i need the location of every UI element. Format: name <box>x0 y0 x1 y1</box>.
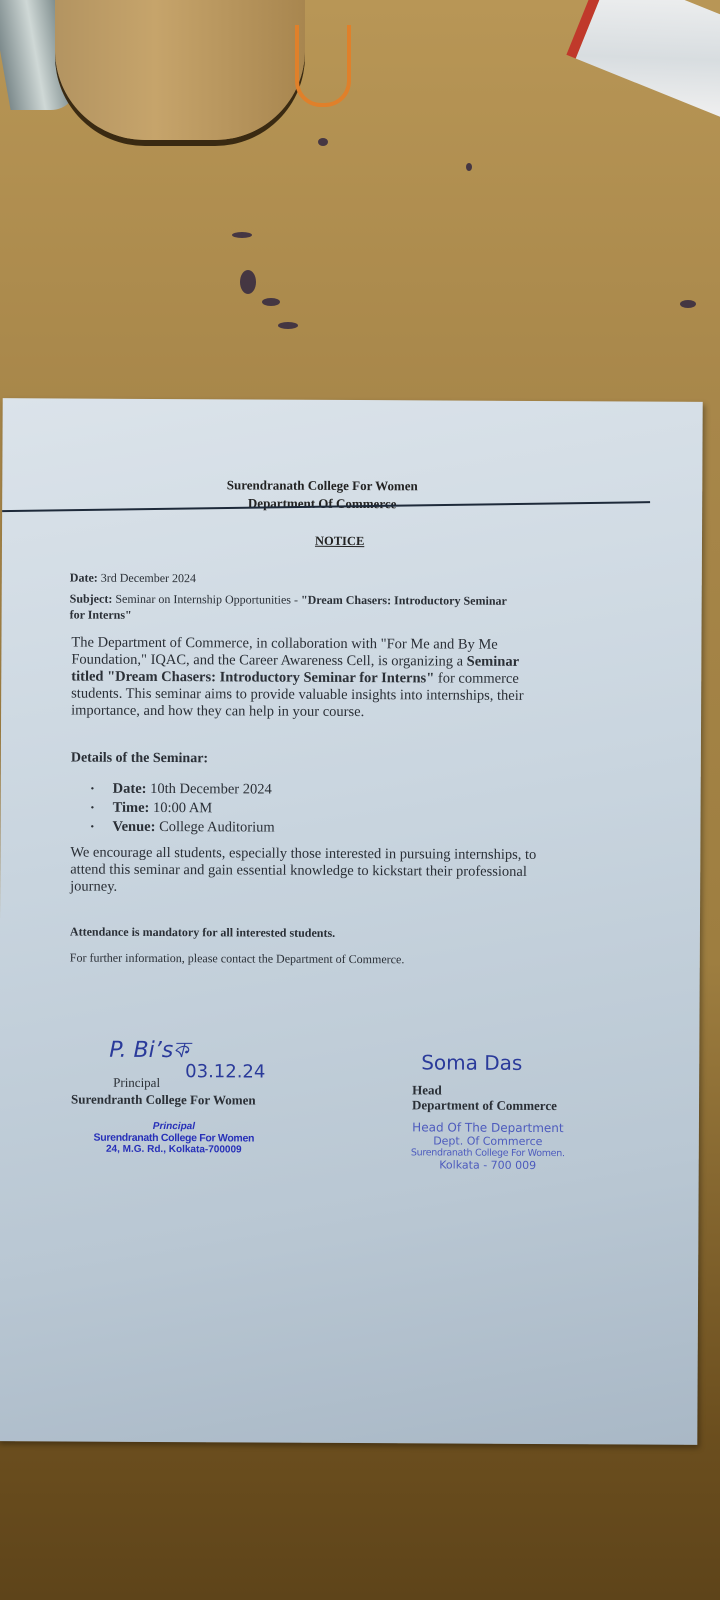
ink-stain <box>278 322 298 329</box>
body-paragraph: The Department of Commerce, in collabora… <box>71 635 581 723</box>
detail-venue: Venue: College Auditorium <box>112 819 274 837</box>
detail-date: Date: 10th December 2024 <box>113 781 272 799</box>
wrapper-packet <box>566 0 720 118</box>
notice-title: NOTICE <box>315 534 364 549</box>
principal-org: Surendranth College For Women <box>71 1092 256 1109</box>
ink-stain <box>318 138 328 146</box>
ink-stain <box>466 163 472 171</box>
ink-stain <box>240 270 256 294</box>
college-name: Surendranath College For Women <box>2 476 642 495</box>
hod-title: Head <box>412 1082 442 1098</box>
ink-stain <box>232 232 252 238</box>
mug <box>55 0 305 140</box>
attendance-note: Attendance is mandatory for all interest… <box>70 925 335 941</box>
principal-signature: P. Bi’sক <box>109 1033 188 1070</box>
hod-signature: Soma Das <box>421 1050 522 1075</box>
ink-stain <box>680 300 696 308</box>
details-heading: Details of the Seminar: <box>71 751 208 768</box>
hod-stamp: Head Of The Department Dept. Of Commerce… <box>403 1120 573 1172</box>
principal-title: Principal <box>113 1075 160 1091</box>
signature-date: 03.12.24 <box>185 1061 265 1082</box>
encourage-paragraph: We encourage all students, especially th… <box>70 845 580 899</box>
rubber-band <box>295 25 351 107</box>
contact-note: For further information, please contact … <box>70 951 405 968</box>
notice-paper: Surendranath College For Women Departmen… <box>0 398 703 1445</box>
hod-org: Department of Commerce <box>412 1097 557 1114</box>
notice-date: Date: 3rd December 2024 <box>70 571 196 587</box>
detail-time: Time: 10:00 AM <box>113 800 213 818</box>
principal-stamp: Principal Surendranath College For Women… <box>79 1121 269 1156</box>
subject: Subject: Seminar on Internship Opportuni… <box>70 591 570 626</box>
ink-stain <box>262 298 280 306</box>
